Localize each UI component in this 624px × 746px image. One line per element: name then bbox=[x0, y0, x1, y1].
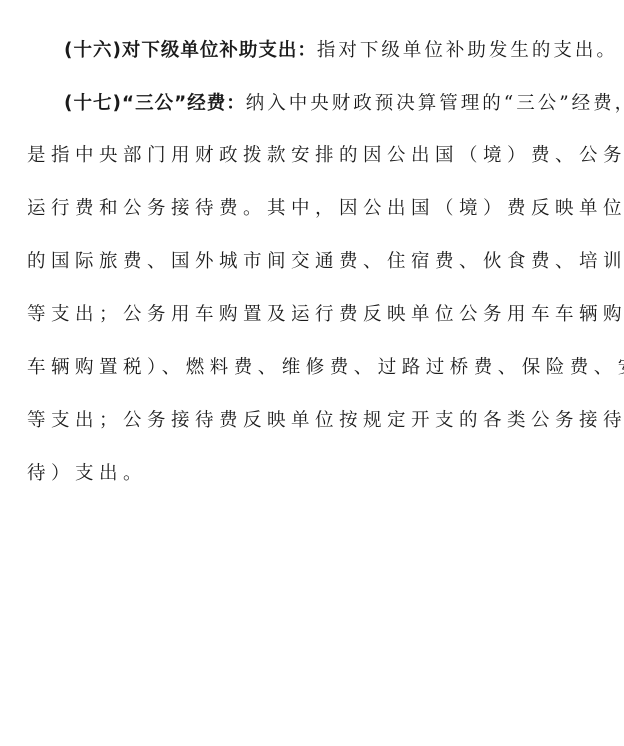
paragraph-17-line-2: 是指中央部门用财政拨款安排的因公出国（境）费、公务用车购置及 bbox=[27, 141, 584, 171]
paragraph-17-line-6: 车辆购置税）、燃料费、维修费、过路过桥费、保险费、安全奖励费用 bbox=[27, 353, 584, 383]
paragraph-17-text: 纳入中央财政预决算管理的“三公”经费， bbox=[246, 93, 624, 114]
paragraph-16-heading: (十六)对下级单位补助支出： bbox=[64, 40, 317, 61]
paragraph-16-line-1: (十六)对下级单位补助支出：指对下级单位补助发生的支出。 bbox=[64, 36, 618, 66]
paragraph-17-heading: (十七)“三公”经费： bbox=[64, 93, 246, 114]
paragraph-17-line-1: (十七)“三公”经费：纳入中央财政预决算管理的“三公”经费， bbox=[64, 89, 624, 119]
paragraph-17-line-3: 运行费和公务接待费。其中，因公出国（境）费反映单位公务出国（境） bbox=[27, 194, 584, 224]
paragraph-17-line-7: 等支出；公务接待费反映单位按规定开支的各类公务接待（含外宾接 bbox=[27, 406, 584, 436]
paragraph-17-line-8: 待）支出。 bbox=[27, 459, 147, 489]
paragraph-16-text: 指对下级单位补助发生的支出。 bbox=[317, 40, 618, 61]
paragraph-17-line-5: 等支出；公务用车购置及运行费反映单位公务用车车辆购置支出（含 bbox=[27, 300, 584, 330]
paragraph-17-line-4: 的国际旅费、国外城市间交通费、住宿费、伙食费、培训费、公杂费 bbox=[27, 247, 584, 277]
